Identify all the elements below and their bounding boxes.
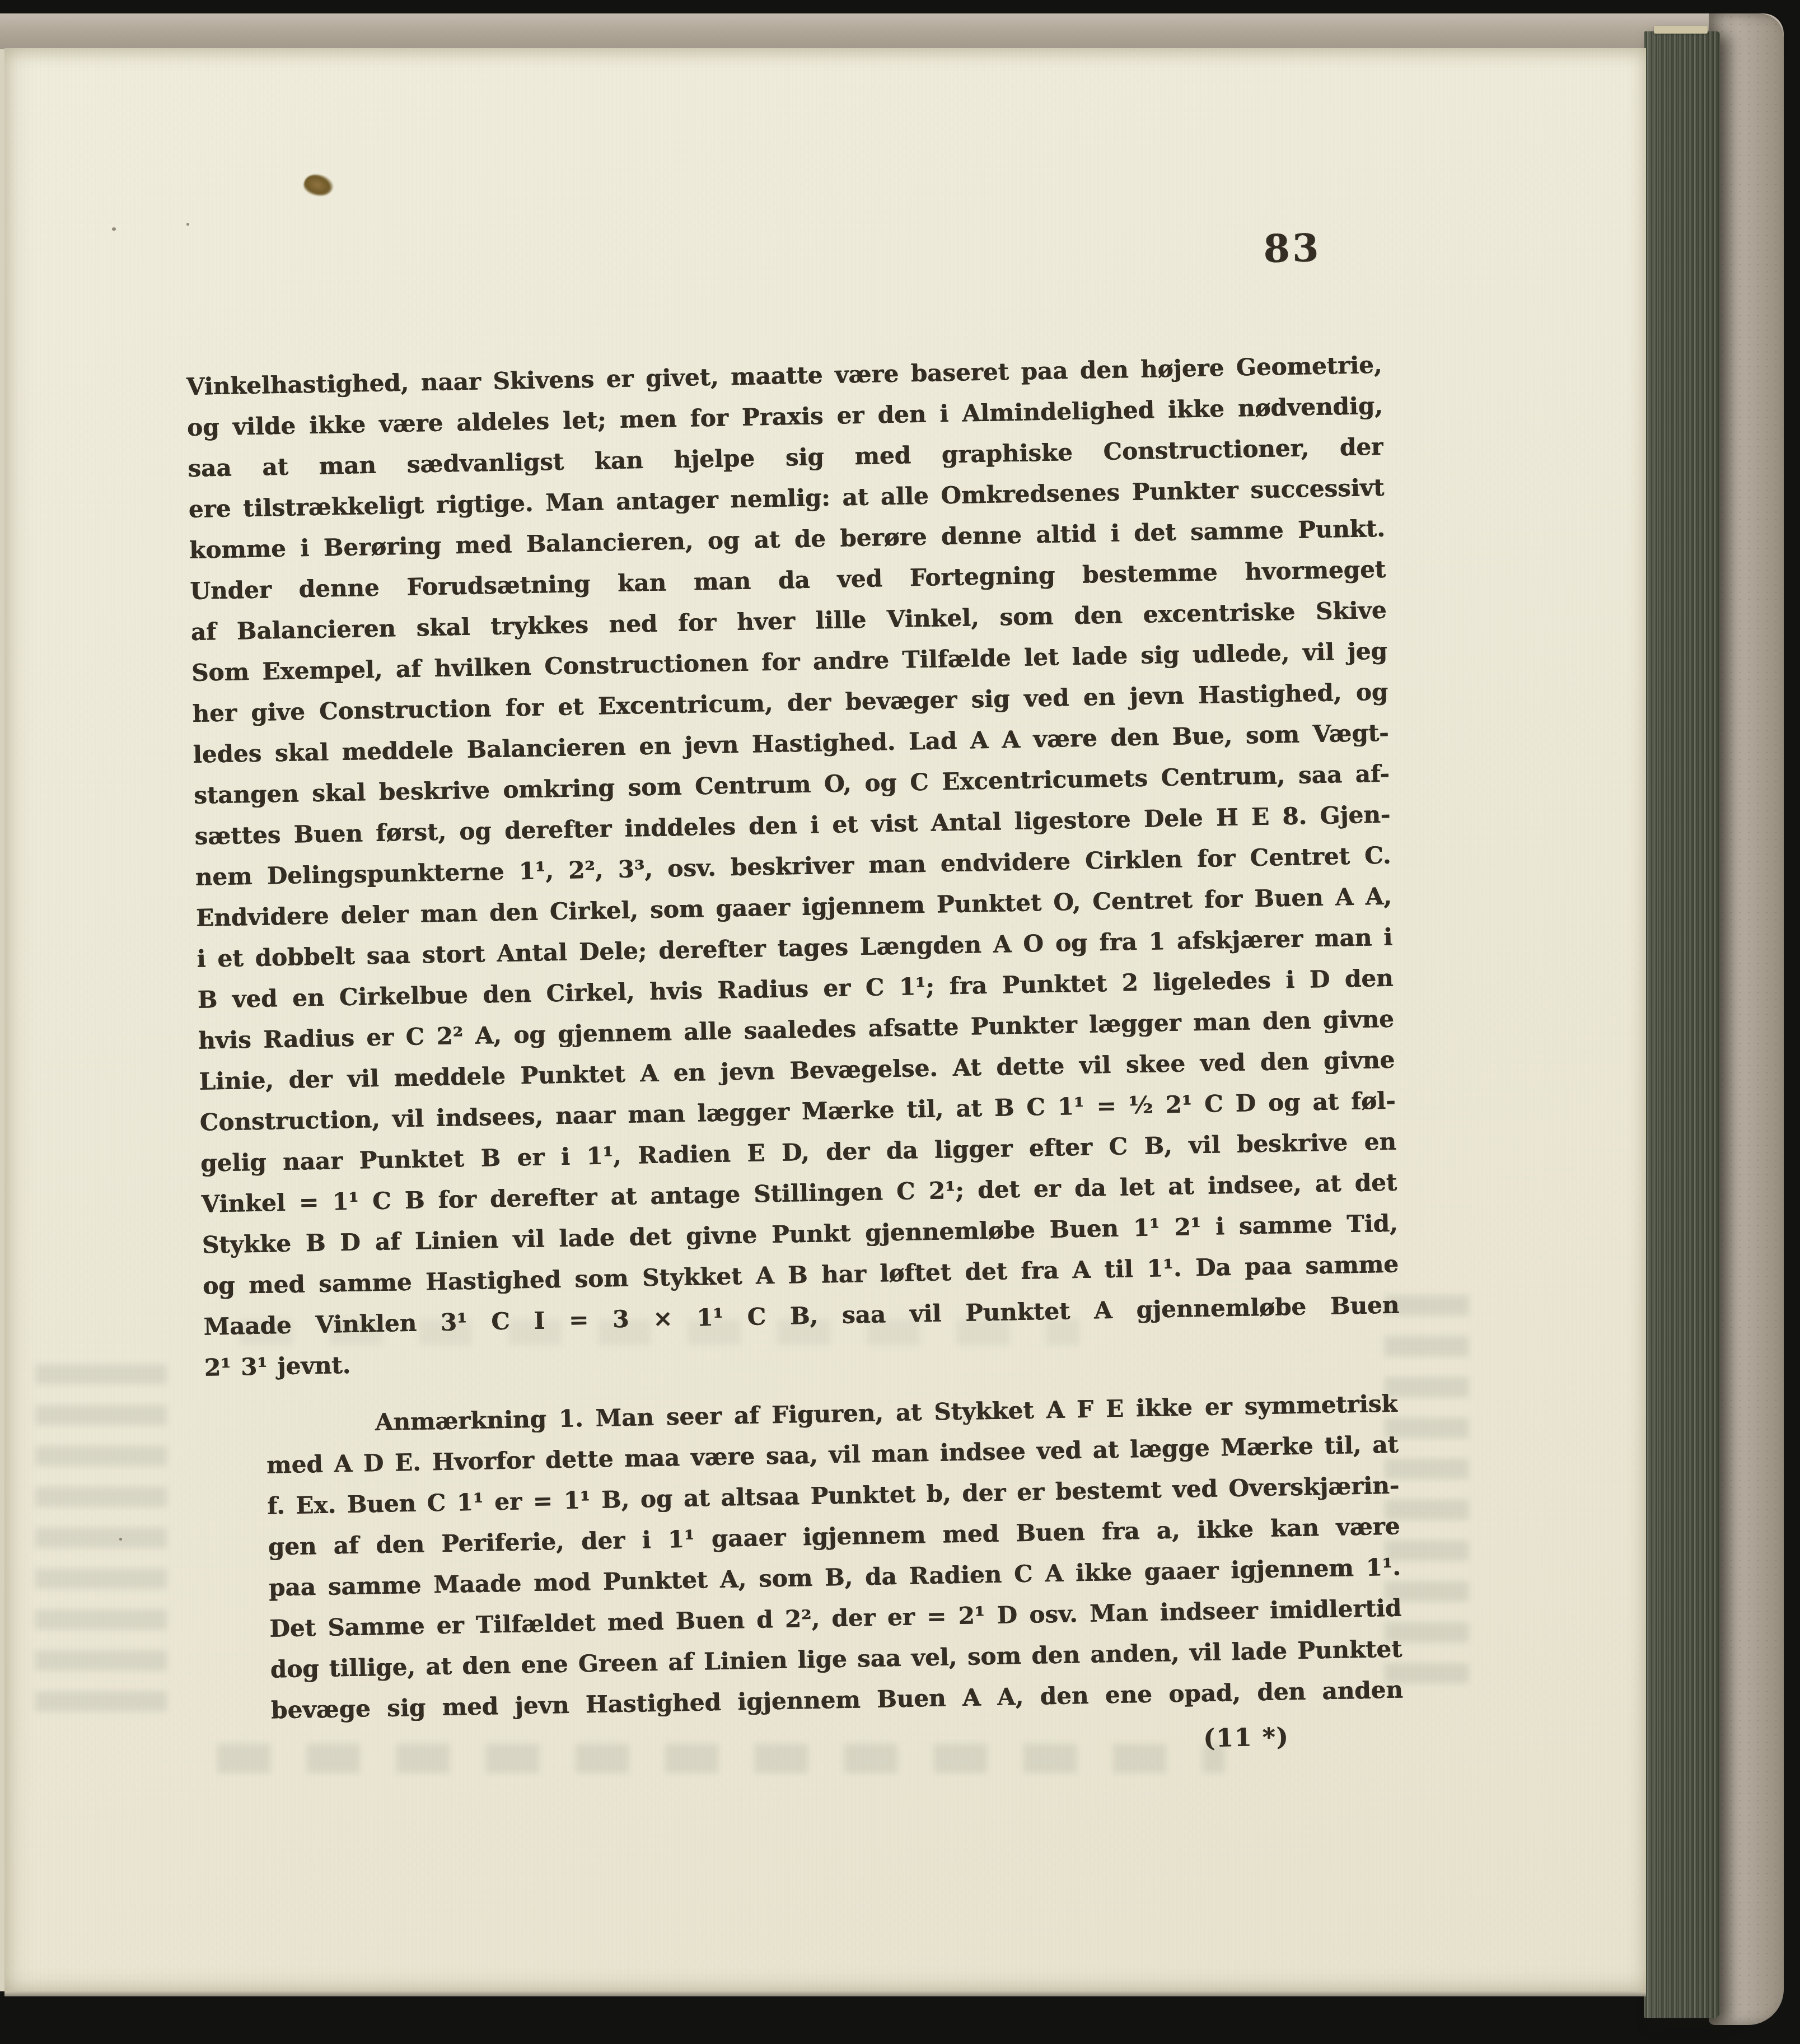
page-number: 83 (1250, 226, 1334, 272)
paper-speck (112, 227, 116, 231)
remark-paragraph: Anmærkning 1. Man seer af Figuren, at St… (265, 1383, 1403, 1731)
show-through-smudge (35, 1353, 167, 1711)
bottom-page-stack-edge (4, 1991, 1646, 1996)
paper-speck (119, 1538, 122, 1541)
paper-speck (186, 223, 189, 226)
signature-mark: (11 *) (1203, 1723, 1289, 1753)
book-page-block-fore-edge (1644, 31, 1720, 2018)
book-scan: { "page": { "number": "83", "footer_sign… (0, 0, 1800, 2044)
cover-texture (1709, 13, 1784, 2025)
page-block-top-sliver (1654, 26, 1708, 34)
show-through-smudge (217, 1744, 1225, 1773)
book-page: 83 Vinkelhastighed, naar Skivens er give… (4, 48, 1646, 1991)
text-block: Vinkelhastighed, naar Skivens er givet, … (186, 344, 1406, 1732)
book-cover-top-edge (0, 13, 1784, 50)
book-cover-right-edge (1709, 13, 1784, 2025)
main-paragraph: Vinkelhastighed, naar Skivens er givet, … (186, 344, 1400, 1388)
paper-stain (301, 171, 335, 200)
